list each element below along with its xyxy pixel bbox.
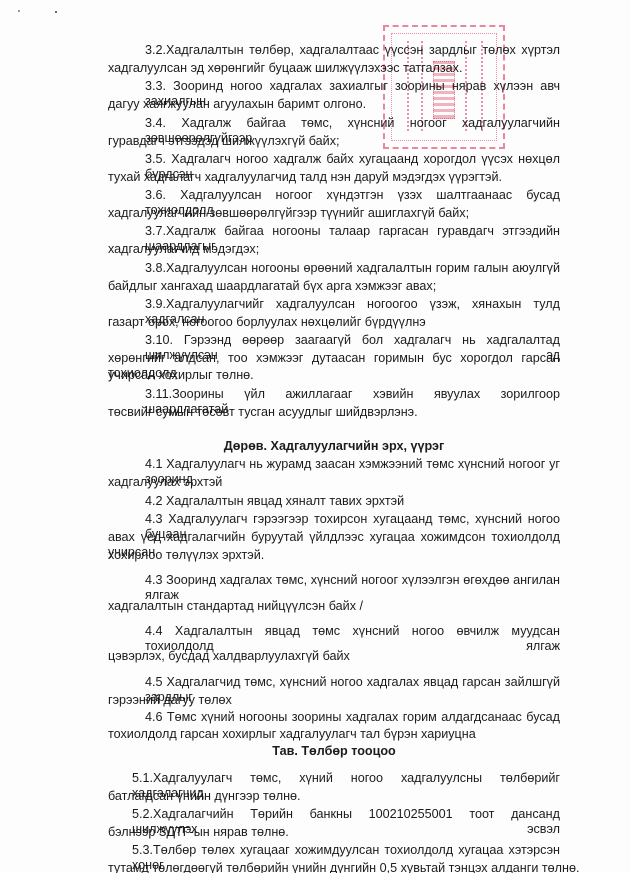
item-5-3-line-2: тутамд төлөгдөөгүй төлбөрийн үнийн дүнги… (108, 861, 560, 873)
item-3-4-line-2: гуравдагч этгээдэд шилжүүлэхгүй байх; (108, 134, 560, 149)
item-3-8-line-2: байдлыг хангахад шаардлагатай бүх арга х… (108, 279, 560, 294)
item-3-9-line-2: газарт орох, ногоогоо борлуулах нөхцөлий… (108, 315, 560, 330)
item-3-2-line-1: 3.2.Хадгалалтын төлбөр, хадгалалтаас үүс… (145, 43, 560, 58)
item-4-6-line-2: тохиолдолд гарсан хохирлыг хадгалуулагч … (108, 727, 560, 742)
item-5-2-line-2: бэлнээр ЗДТГ-ын нярав төлнө. (108, 825, 560, 840)
item-3-5-line-2: тухай хадгалагч хадгалуулагчид талд нэн … (108, 170, 560, 185)
item-3-7-line-2: хадгалуулагчид мэдэгдэх; (108, 242, 560, 257)
item-3-3-line-2: дагуу хаягжуулан агуулахын баримт олгоно… (108, 97, 560, 112)
item-3-11-line-2: төсвийг сумын төсөвт тусган асуудлыг ший… (108, 405, 560, 420)
scan-speck (55, 11, 57, 13)
item-4-2-line-1: 4.2 Хадгалалтын явцад хяналт тавих эрхтэ… (145, 494, 560, 509)
scanned-document-page: 3.2.Хадгалалтын төлбөр, хадгалалтаас үүс… (0, 0, 630, 873)
item-4-1-line-2: хадгалуулах эрхтэй (108, 475, 560, 490)
item-3-8-line-1: 3.8.Хадгалуулсан ногооны өрөөний хадгала… (145, 261, 560, 276)
scan-speck (18, 10, 20, 12)
item-4-4-line-2: цэвэрлэх, бусдад халдварлуулахгүй байх (108, 649, 560, 664)
section-4-heading: Дөрөв. Хадгалуулагчийн эрх, үүрэг (108, 439, 560, 454)
item-3-2-line-2: хадгалуулсан эд хөрөнгийг буцааж шилжүүл… (108, 61, 560, 76)
item-4-3b-line-2: хадгалалтын стандартад нийцүүлсэн байх / (108, 599, 560, 614)
item-3-6-line-2: хадгалуулагчийн зөвшөөрөлгүйгээр түүнийг… (108, 206, 560, 221)
item-4-3a-line-3: хохирлоо төлүүлэх эрхтэй. (108, 548, 560, 563)
item-3-10-line-3: учирсан хохирлыг төлнө. (108, 368, 560, 383)
item-4-5-line-2: гэрээний дагуу төлөх (108, 693, 560, 708)
item-4-6-line-1: 4.6 Төмс хүний ногооны зоорины хадгалах … (145, 710, 560, 725)
item-5-1-line-2: батлагдсан үнийн дүнгээр төлнө. (108, 789, 560, 804)
section-5-heading: Тав. Төлбөр тооцоо (108, 744, 560, 759)
